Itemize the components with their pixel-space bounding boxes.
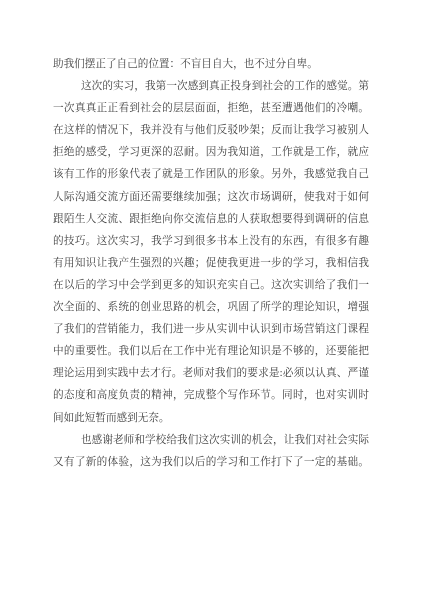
text-line: 一次真真正正看到社会的层层面面，拒绝，甚至遭遇他们的冷嘲。 <box>53 98 369 120</box>
text-line: 该有工作的形象代表了就是工作团队的形象。另外，我感觉我自己 <box>53 164 369 186</box>
text-line: 人际沟通交流方面还需要继续加强；这次市场调研，使我对于如何 <box>53 187 369 209</box>
text-line: 在这样的情况下，我并没有与他们反驳吵架；反而让我学习被别人 <box>53 120 369 142</box>
text-line: 又有了新的体验，这为我们以后的学习和工作打下了一定的基础。 <box>53 452 369 474</box>
text-line: 的态度和高度负责的精神，完成整个写作环节。同时，也对实训时 <box>53 385 369 407</box>
document-text: 助我们摆正了自己的位置：不盲目自大，也不过分自卑。这次的实习，我第一次感到真正投… <box>53 54 369 474</box>
text-line: 在以后的学习中会学到更多的知识充实自己。这次实训给了我们一 <box>53 275 369 297</box>
text-line: 有用知识让我产生强烈的兴趣；促使我更进一步的学习，我相信我 <box>53 253 369 275</box>
text-line: 助我们摆正了自己的位置：不盲目自大，也不过分自卑。 <box>53 54 369 76</box>
text-line: 跟陌生人交流、跟拒绝向你交流信息的人获取想要得到调研的信息 <box>53 209 369 231</box>
text-line: 这次的实习，我第一次感到真正投身到社会的工作的感觉。第 <box>53 76 369 98</box>
text-line: 了我们的营销能力，我们进一步从实训中认识到市场营销这门课程 <box>53 319 369 341</box>
text-line: 中的重要性。我们以后在工作中光有理论知识是不够的，还要能把 <box>53 341 369 363</box>
document-page: 助我们摆正了自己的位置：不盲目自大，也不过分自卑。这次的实习，我第一次感到真正投… <box>0 0 424 600</box>
text-line: 次全面的、系统的创业思路的机会，巩固了所学的理论知识，增强 <box>53 297 369 319</box>
text-line: 间如此短暂而感到无奈。 <box>53 408 369 430</box>
text-line: 理论运用到实践中去才行。老师对我们的要求是:必须以认真、严谨 <box>53 363 369 385</box>
text-line: 拒绝的感受，学习更深的忍耐。因为我知道，工作就是工作，就应 <box>53 142 369 164</box>
text-line: 也感谢老师和学校给我们这次实训的机会，让我们对社会实际 <box>53 430 369 452</box>
text-line: 的技巧。这次实习，我学习到很多书本上没有的东西，有很多有趣 <box>53 231 369 253</box>
